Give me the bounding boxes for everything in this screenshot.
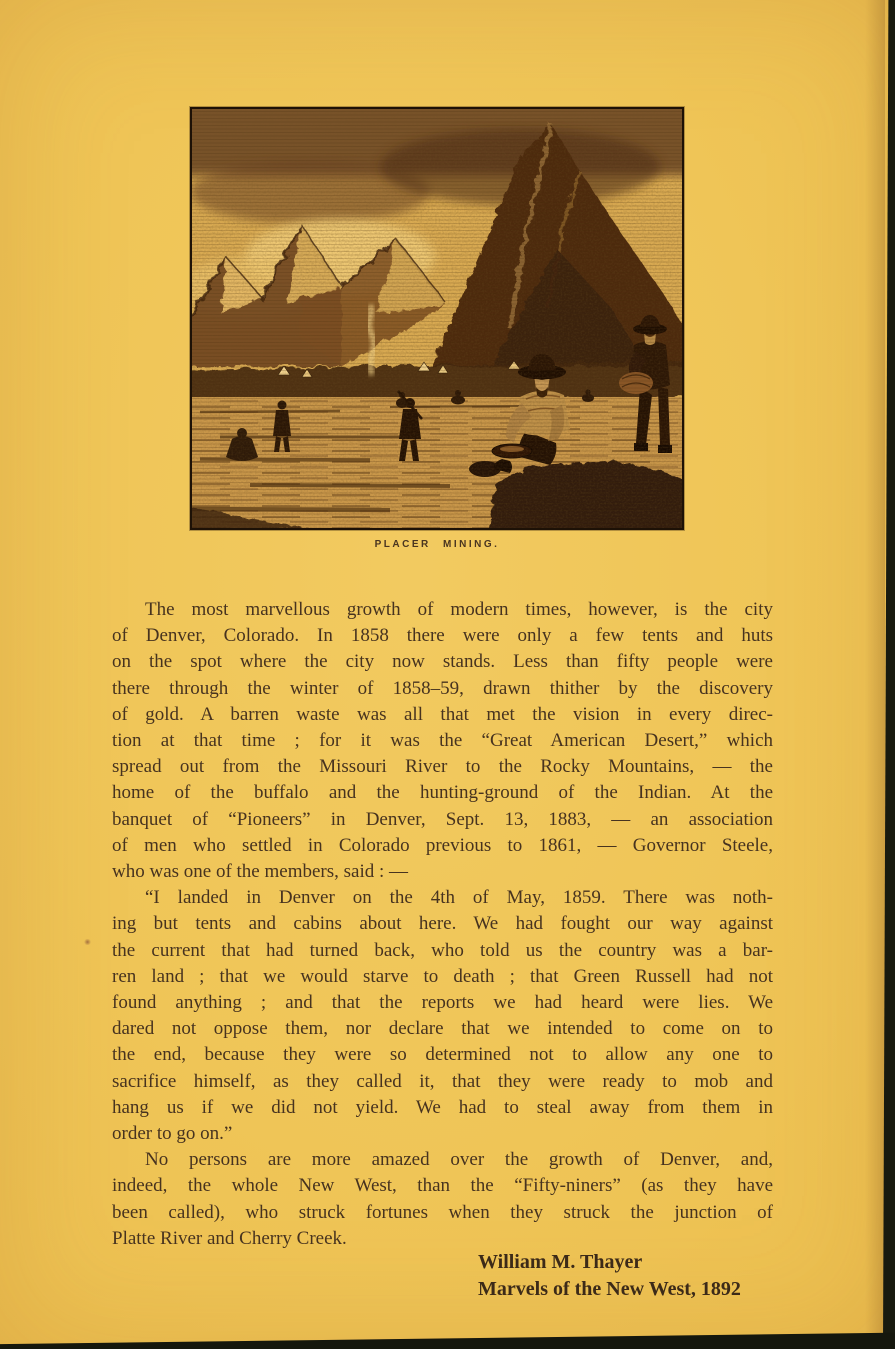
text-line: been called), who struck fortunes when t… bbox=[112, 1200, 773, 1226]
text-line: indeed, the whole New West, than the “Fi… bbox=[112, 1173, 773, 1199]
illustration-caption: PLACER MINING. bbox=[190, 539, 684, 550]
page-edge-shading bbox=[865, 0, 885, 1349]
placer-mining-illustration bbox=[190, 107, 684, 530]
text-line: The most marvellous growth of modern tim… bbox=[112, 597, 773, 623]
placer-mining-engraving bbox=[190, 107, 684, 530]
text-line: there through the winter of 1858–59, dra… bbox=[112, 676, 773, 702]
text-line: of Denver, Colorado. In 1858 there were … bbox=[112, 623, 773, 649]
text-line: who was one of the members, said : — bbox=[112, 859, 773, 885]
attribution-source: Marvels of the New West, 1892 bbox=[478, 1276, 741, 1303]
text-line: ren land ; that we would starve to death… bbox=[112, 964, 773, 990]
attribution: William M. Thayer Marvels of the New Wes… bbox=[478, 1249, 741, 1302]
text-line: spread out from the Missouri River to th… bbox=[112, 754, 773, 780]
text-line: found anything ; and that the reports we… bbox=[112, 990, 773, 1016]
text-line: ing but tents and cabins about here. We … bbox=[112, 911, 773, 937]
attribution-author: William M. Thayer bbox=[478, 1249, 741, 1276]
text-line: of men who settled in Colorado previous … bbox=[112, 833, 773, 859]
text-line: hang us if we did not yield. We had to s… bbox=[112, 1095, 773, 1121]
text-line: of gold. A barren waste was all that met… bbox=[112, 702, 773, 728]
text-line: order to go on.” bbox=[112, 1121, 773, 1147]
text-line: “I landed in Denver on the 4th of May, 1… bbox=[112, 885, 773, 911]
text-line: the current that had turned back, who to… bbox=[112, 938, 773, 964]
margin-mark bbox=[84, 939, 91, 945]
text-line: the end, because they were so determined… bbox=[112, 1042, 773, 1068]
text-line: home of the buffalo and the hunting-grou… bbox=[112, 780, 773, 806]
text-line: banquet of “Pioneers” in Denver, Sept. 1… bbox=[112, 807, 773, 833]
text-line: tion at that time ; for it was the “Grea… bbox=[112, 728, 773, 754]
body-text: The most marvellous growth of modern tim… bbox=[112, 597, 773, 1252]
book-page: PLACER MINING. The most marvellous growt… bbox=[0, 0, 895, 1349]
paragraph-2: “I landed in Denver on the 4th of May, 1… bbox=[112, 885, 773, 1147]
paragraph-3: No persons are more amazed over the grow… bbox=[112, 1147, 773, 1252]
text-line: No persons are more amazed over the grow… bbox=[112, 1147, 773, 1173]
text-line: dared not oppose them, nor declare that … bbox=[112, 1016, 773, 1042]
scan-edge-bottom bbox=[0, 1327, 895, 1349]
text-line: on the spot where the city now stands. L… bbox=[112, 649, 773, 675]
text-line: sacrifice himself, as they called it, th… bbox=[112, 1069, 773, 1095]
paragraph-1: The most marvellous growth of modern tim… bbox=[112, 597, 773, 885]
